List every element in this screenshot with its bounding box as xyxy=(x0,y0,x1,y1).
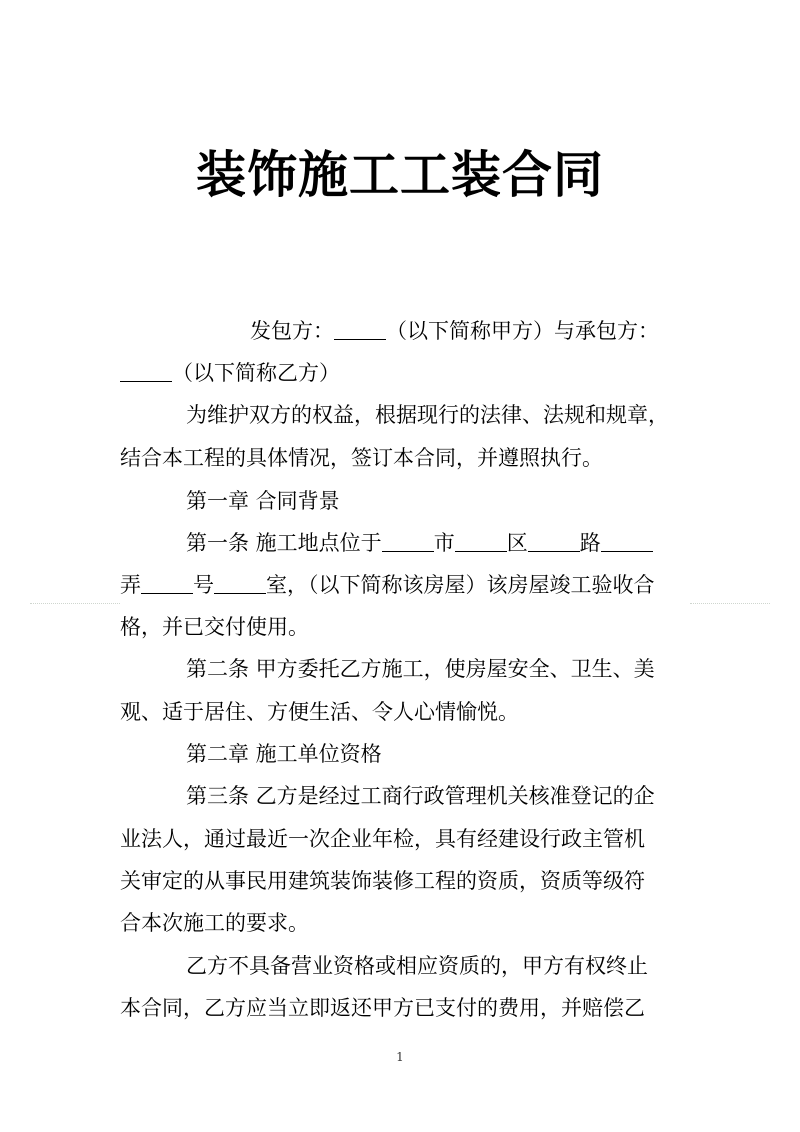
paragraph-line: 本合同，乙方应当立即返还甲方已支付的费用，并赔偿乙 xyxy=(120,993,645,1023)
blank-field-party-b[interactable] xyxy=(120,361,172,382)
party-line-1: 发包方：（以下简称甲方）与承包方： xyxy=(250,316,659,346)
paragraph-line: 关审定的从事民用建筑装饰装修工程的资质，资质等级符 xyxy=(120,866,645,896)
article-line: 第一条 施工地点位于市区路 xyxy=(186,528,653,558)
paragraph-line: 格，并已交付使用。 xyxy=(120,612,309,642)
page-divider-left xyxy=(30,603,120,604)
paragraph-line: 乙方不具备营业资格或相应资质的，甲方有权终止 xyxy=(186,951,648,981)
page-divider-right xyxy=(690,603,770,604)
text: 号 xyxy=(193,573,214,597)
paragraph-line: 为维护双方的权益，根据现行的法律、法规和规章， xyxy=(186,400,669,430)
document-title: 装饰施工工装合同 xyxy=(0,140,800,210)
paragraph-line: 业法人，通过最近一次企业年检，具有经建设行政主管机 xyxy=(120,824,645,854)
article-line: 第三条 乙方是经过工商行政管理机关核准登记的企 xyxy=(186,781,655,811)
blank-field-room[interactable] xyxy=(214,573,266,594)
page-number: 1 xyxy=(0,1050,800,1064)
blank-field-party-a[interactable] xyxy=(334,319,386,340)
blank-field-city[interactable] xyxy=(382,531,434,552)
paragraph-line: 结合本工程的具体情况，签订本合同，并遵照执行。 xyxy=(120,443,603,473)
article-line: 第二条 甲方委托乙方施工，使房屋安全、卫生、美 xyxy=(186,654,655,684)
paragraph-line: 合本次施工的要求。 xyxy=(120,908,309,938)
blank-field-lane[interactable] xyxy=(141,573,193,594)
text: 路 xyxy=(580,531,601,555)
chapter-heading: 第一章 合同背景 xyxy=(186,486,340,516)
text: 市 xyxy=(434,531,455,555)
blank-field-district[interactable] xyxy=(455,531,507,552)
text: 发包方： xyxy=(250,319,334,343)
text: 第一条 施工地点位于 xyxy=(186,531,382,555)
text: 弄 xyxy=(120,573,141,597)
blank-field-road[interactable] xyxy=(528,531,580,552)
blank-field-road-number[interactable] xyxy=(601,531,653,552)
text: （以下简称甲方）与承包方： xyxy=(386,319,659,343)
text: （以下简称乙方） xyxy=(172,361,340,385)
chapter-heading: 第二章 施工单位资格 xyxy=(186,739,382,769)
text: 区 xyxy=(507,531,528,555)
document-page: 装饰施工工装合同 发包方：（以下简称甲方）与承包方： （以下简称乙方） 为维护双… xyxy=(0,0,800,1132)
party-line-2: （以下简称乙方） xyxy=(120,358,340,388)
paragraph-line: 观、适于居住、方便生活、令人心情愉悦。 xyxy=(120,697,519,727)
text: 室，（以下简称该房屋）该房屋竣工验收合 xyxy=(266,573,655,597)
article-line: 弄号室，（以下简称该房屋）该房屋竣工验收合 xyxy=(120,570,655,600)
